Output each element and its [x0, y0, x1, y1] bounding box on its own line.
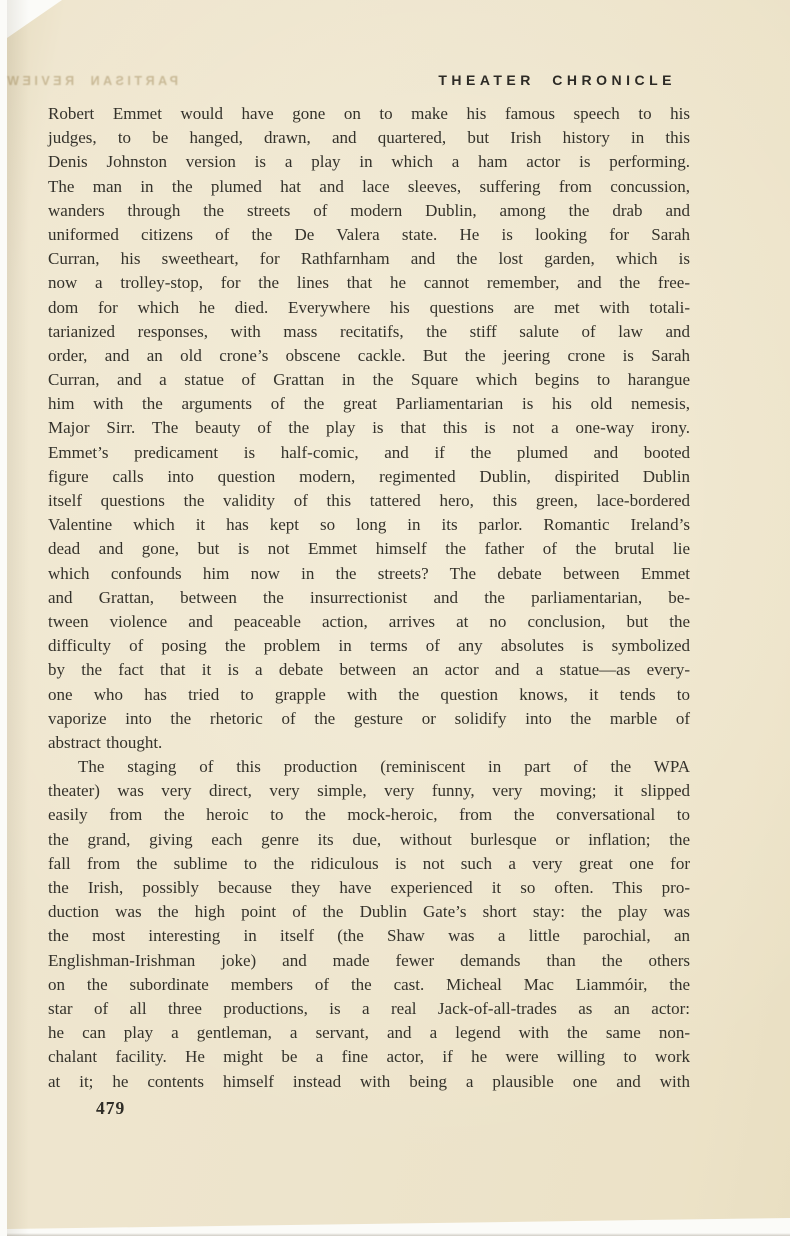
text-line: chalant facility. He might be a fine act… — [48, 1045, 690, 1069]
scanned-page: PARTISAN REVIEW THEATER CHRONICLE Robert… — [0, 0, 790, 1236]
text-line: Curran, and a statue of Grattan in the S… — [48, 368, 690, 392]
text-line: duction was the high point of the Dublin… — [48, 900, 690, 924]
text-line: at it; he contents himself instead with … — [48, 1070, 690, 1094]
text-line: the grand, giving each genre its due, wi… — [48, 828, 690, 852]
ghost-show-through-text: PARTISAN REVIEW — [28, 74, 178, 88]
text-line: figure calls into question modern, regim… — [48, 465, 690, 489]
text-line: one who has tried to grapple with the qu… — [48, 683, 690, 707]
text-line: itself questions the validity of this ta… — [48, 489, 690, 513]
text-line: on the subordinate members of the cast. … — [48, 973, 690, 997]
text-line: order, and an old crone’s obscene cackle… — [48, 344, 690, 368]
text-line: abstract thought. — [48, 731, 690, 755]
text-line: judges, to be hanged, drawn, and quarter… — [48, 126, 690, 150]
text-line: Emmet’s predicament is half-comic, and i… — [48, 441, 690, 465]
text-line: he can play a gentleman, a servant, and … — [48, 1021, 690, 1045]
text-line: Major Sirr. The beauty of the play is th… — [48, 416, 690, 440]
text-line: Curran, his sweetheart, for Rathfarnham … — [48, 247, 690, 271]
text-line: vaporize into the rhetoric of the gestur… — [48, 707, 690, 731]
running-header: THEATER CHRONICLE — [438, 72, 676, 88]
text-line: difficulty of posing the problem in term… — [48, 634, 690, 658]
text-line: the most interesting in itself (the Shaw… — [48, 924, 690, 948]
text-line: him with the arguments of the great Parl… — [48, 392, 690, 416]
text-line: dead and gone, but is not Emmet himself … — [48, 537, 690, 561]
page-number: 479 — [96, 1098, 125, 1119]
text-line: by the fact that it is a debate between … — [48, 658, 690, 682]
text-line: tween violence and peaceable action, arr… — [48, 610, 690, 634]
text-line: Valentine which it has kept so long in i… — [48, 513, 690, 537]
body-text: Robert Emmet would have gone on to make … — [48, 102, 690, 1094]
text-line: star of all three productions, is a real… — [48, 997, 690, 1021]
text-line: and Grattan, between the insurrectionist… — [48, 586, 690, 610]
text-line: uniformed citizens of the De Valera stat… — [48, 223, 690, 247]
text-line: Denis Johnston version is a play in whic… — [48, 150, 690, 174]
text-line: theater) was very direct, very simple, v… — [48, 779, 690, 803]
text-line: easily from the heroic to the mock-heroi… — [48, 803, 690, 827]
text-line: The man in the plumed hat and lace sleev… — [48, 175, 690, 199]
text-line: wanders through the streets of modern Du… — [48, 199, 690, 223]
text-line: Robert Emmet would have gone on to make … — [48, 102, 690, 126]
text-line: dom for which he died. Everywhere his qu… — [48, 296, 690, 320]
text-line: Englishman-Irishman joke) and made fewer… — [48, 949, 690, 973]
text-line: The staging of this production (reminisc… — [48, 755, 690, 779]
text-line: the Irish, possibly because they have ex… — [48, 876, 690, 900]
text-line: tarianized responses, with mass recitati… — [48, 320, 690, 344]
text-line: fall from the sublime to the ridiculous … — [48, 852, 690, 876]
text-line: which confounds him now in the streets? … — [48, 562, 690, 586]
text-line: now a trolley-stop, for the lines that h… — [48, 271, 690, 295]
